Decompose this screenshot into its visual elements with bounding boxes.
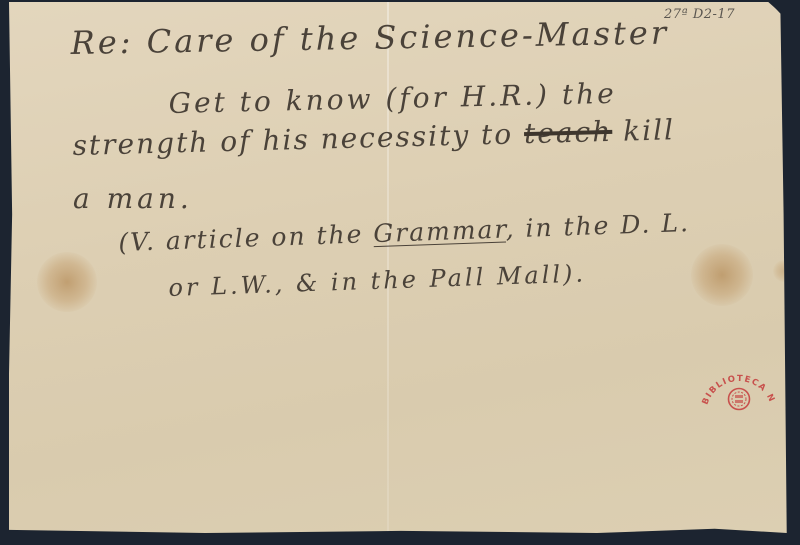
line-3-insertion: kill (612, 113, 676, 148)
line-5-tail: , in the D. L. (505, 208, 690, 243)
paper-sheet: 27ª D2-17 Re: Care of the Science-Master… (9, 2, 793, 533)
catalog-number: 27ª D2-17 (664, 7, 735, 22)
struck-out-word: teach (524, 115, 613, 150)
library-stamp-icon: BIBLIOTECA NACIONAL (697, 354, 781, 424)
library-stamp: BIBLIOTECA NACIONAL (697, 354, 781, 424)
svg-text:BIBLIOTECA NACIONAL: BIBLIOTECA NACIONAL (697, 354, 777, 406)
handwritten-line-3: strength of his necessity to teach kill (72, 113, 675, 162)
foxing-spot-left (37, 252, 97, 312)
foxing-spot-small (773, 260, 795, 282)
handwritten-line-6: or L.W., & in the Pall Mall). (168, 259, 586, 302)
handwritten-line-5: (V. article on the Grammar, in the D. L. (118, 208, 690, 257)
underlined-word: Grammar (373, 215, 506, 249)
line-5-text: (V. article on the (118, 219, 374, 257)
handwritten-line-4: a man. (73, 182, 193, 215)
line-3-text: strength of his necessity to (72, 117, 524, 162)
handwritten-line-1: Re: Care of the Science-Master (70, 14, 669, 62)
document-scan: 27ª D2-17 Re: Care of the Science-Master… (0, 0, 800, 545)
foxing-spot-right (691, 244, 753, 306)
handwritten-line-2: Get to know (for H.R.) the (168, 77, 617, 120)
stamp-text: BIBLIOTECA NACIONAL (697, 354, 777, 406)
